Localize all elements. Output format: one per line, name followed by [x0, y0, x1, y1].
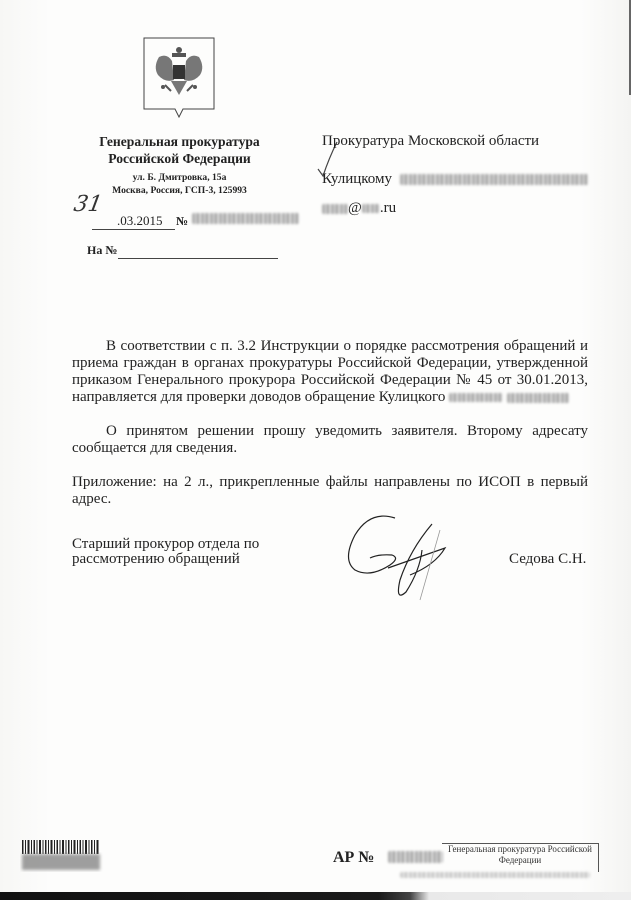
document-page: Генеральная прокуратура Российской Федер…: [0, 0, 631, 900]
handwritten-day: 31: [72, 192, 104, 217]
redacted-recipient-name: [400, 174, 588, 185]
coat-of-arms-icon: [141, 35, 217, 121]
organization-name: Генеральная прокуратура Российской Федер…: [68, 133, 291, 167]
redacted-applicant-patronymic: [507, 393, 569, 403]
signer-name: Седова С.Н.: [509, 551, 586, 568]
redacted-outgoing-number: [192, 213, 299, 224]
date-underline: [92, 229, 175, 230]
signer-title: Старший прокурор отдела по рассмотрению …: [72, 537, 259, 567]
signer-title-line2: рассмотрению обращений: [72, 552, 259, 567]
org-name-line2: Российской Федерации: [68, 150, 291, 167]
recipient-1: Прокуратура Московской области: [322, 133, 539, 150]
handwritten-signature-icon: [340, 510, 480, 610]
body-paragraph-1: В соответствии с п. 3.2 Инструкции о пор…: [72, 338, 588, 406]
signer-title-line1: Старший прокурор отдела по: [72, 537, 259, 552]
redacted-email-domain: [362, 204, 380, 213]
email-at-sign: @: [348, 200, 362, 216]
redacted-email-user: [322, 204, 348, 214]
stamp-line1: Генеральная прокуратура Российской: [442, 844, 598, 855]
attachment-note: Приложение: на 2 л., прикрепленные файлы…: [72, 474, 588, 508]
registration-stamp: Генеральная прокуратура Российской Федер…: [442, 843, 599, 872]
reply-to-underline: [118, 258, 278, 259]
scan-bottom-edge: [0, 892, 631, 900]
redacted-applicant-name: [449, 393, 503, 402]
outgoing-number-label: №: [176, 214, 188, 229]
stamp-line2: Федерации: [442, 855, 598, 866]
reply-to-label: На №: [87, 243, 117, 258]
address-line1: ул. Б. Дмитровка, 15а: [68, 171, 291, 184]
redacted-registration-number: [388, 851, 443, 863]
barcode-icon: [20, 840, 105, 872]
date-value: .03.2015: [117, 213, 163, 229]
email-tld: .ru: [380, 200, 396, 216]
recipient-email: @.ru: [322, 200, 396, 217]
org-name-line1: Генеральная прокуратура: [68, 133, 291, 150]
recipient-2: Кулицкому: [322, 171, 588, 188]
registration-number-label: АР №: [333, 849, 374, 867]
body-paragraph-2: О принятом решении прошу уведомить заяви…: [72, 423, 588, 457]
redacted-stamp-details: [400, 872, 590, 878]
recipient-2-surname: Кулицкому: [322, 171, 392, 187]
